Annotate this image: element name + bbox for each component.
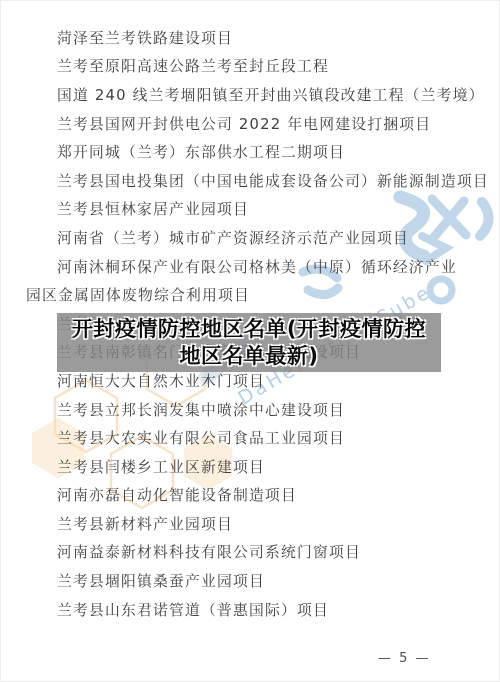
project-line-text: 菏泽至兰考铁路建设项目 — [57, 27, 233, 48]
project-line: 兰考至原阳高速公路兰考至封丘段工程 — [0, 52, 500, 81]
headline-line2: 地区名单最新) — [57, 343, 441, 370]
project-line: 郑开同城（兰考）东部供水工程二期项目 — [0, 137, 500, 166]
project-line: 菏泽至兰考铁路建设项目 — [0, 23, 500, 52]
project-line-text: 兰考县国网开封供电公司 2022 年电网建设打捆项目 — [57, 113, 431, 134]
project-line: 兰考县山东君诺管道（普惠国际）项目 — [0, 595, 500, 624]
project-line-text: 兰考县堌阳镇桑蚕产业园项目 — [57, 570, 265, 591]
project-line: 兰考县恒林家居产业园项目 — [0, 195, 500, 224]
project-line-text: 河南益泰新材料科技有限公司系统门窗项目 — [57, 541, 361, 562]
project-line-text: 园区金属固体废物综合利用项目 — [26, 284, 250, 305]
project-line-text: 国道 240 线兰考堌阳镇至开封曲兴镇段改建工程（兰考境） — [57, 84, 485, 105]
project-line-text: 郑开同城（兰考）东部供水工程二期项目 — [57, 141, 345, 162]
page-number: — 5 — — [378, 651, 431, 666]
project-line-text: 兰考县新材料产业园项目 — [57, 513, 233, 534]
project-line: 兰考县闫楼乡工业区新建项目 — [0, 452, 500, 481]
project-line-text: 兰考县国电投集团（中国电能成套设备公司）新能源制造项目 — [57, 170, 489, 191]
project-line-text: 河南省（兰考）城市矿产资源经济示范产业园项目 — [57, 227, 409, 248]
project-line-text: 兰考县恒林家居产业园项目 — [57, 198, 249, 219]
project-line: 兰考县新材料产业园项目 — [0, 509, 500, 538]
project-line-text: 兰考县大农实业有限公司食品工业园项目 — [57, 427, 345, 448]
project-line-text: 兰考至原阳高速公路兰考至封丘段工程 — [57, 55, 329, 76]
project-line: 兰考县国电投集团（中国电能成套设备公司）新能源制造项目 — [0, 166, 500, 195]
project-line: 河南益泰新材料科技有限公司系统门窗项目 — [0, 538, 500, 567]
project-line: 兰考县堌阳镇桑蚕产业园项目 — [0, 566, 500, 595]
project-line-text: 河南恒大大自然木业木门项目 — [57, 370, 265, 391]
document-page: DaHeFortuneCube 菏泽至兰考铁路建设项目兰考至原阳高速公路兰考至封… — [0, 0, 500, 682]
project-line-text: 兰考县立邦长润发集中喷涂中心建设项目 — [57, 399, 345, 420]
project-line: 兰考县国网开封供电公司 2022 年电网建设打捆项目 — [0, 109, 500, 138]
project-line-text: 兰考县闫楼乡工业区新建项目 — [57, 456, 265, 477]
project-line: 河南省（兰考）城市矿产资源经济示范产业园项目 — [0, 223, 500, 252]
project-line: 园区金属固体废物综合利用项目 — [0, 280, 500, 309]
project-line-text: 兰考县山东君诺管道（普惠国际）项目 — [57, 599, 329, 620]
project-line-text: 河南沐桐环保产业有限公司格林美（中原）循环经济产业 — [57, 256, 457, 277]
headline-line1: 开封疫情防控地区名单(开封疫情防控 — [57, 316, 441, 343]
project-line: 国道 240 线兰考堌阳镇至开封曲兴镇段改建工程（兰考境） — [0, 80, 500, 109]
project-line: 河南沐桐环保产业有限公司格林美（中原）循环经济产业 — [0, 252, 500, 281]
headline-overlay: 开封疫情防控地区名单(开封疫情防控 地区名单最新) — [57, 313, 441, 372]
project-line: 河南亦磊自动化智能设备制造项目 — [0, 481, 500, 510]
project-line: 兰考县大农实业有限公司食品工业园项目 — [0, 423, 500, 452]
project-line-text: 河南亦磊自动化智能设备制造项目 — [57, 484, 297, 505]
project-line: 兰考县立邦长润发集中喷涂中心建设项目 — [0, 395, 500, 424]
